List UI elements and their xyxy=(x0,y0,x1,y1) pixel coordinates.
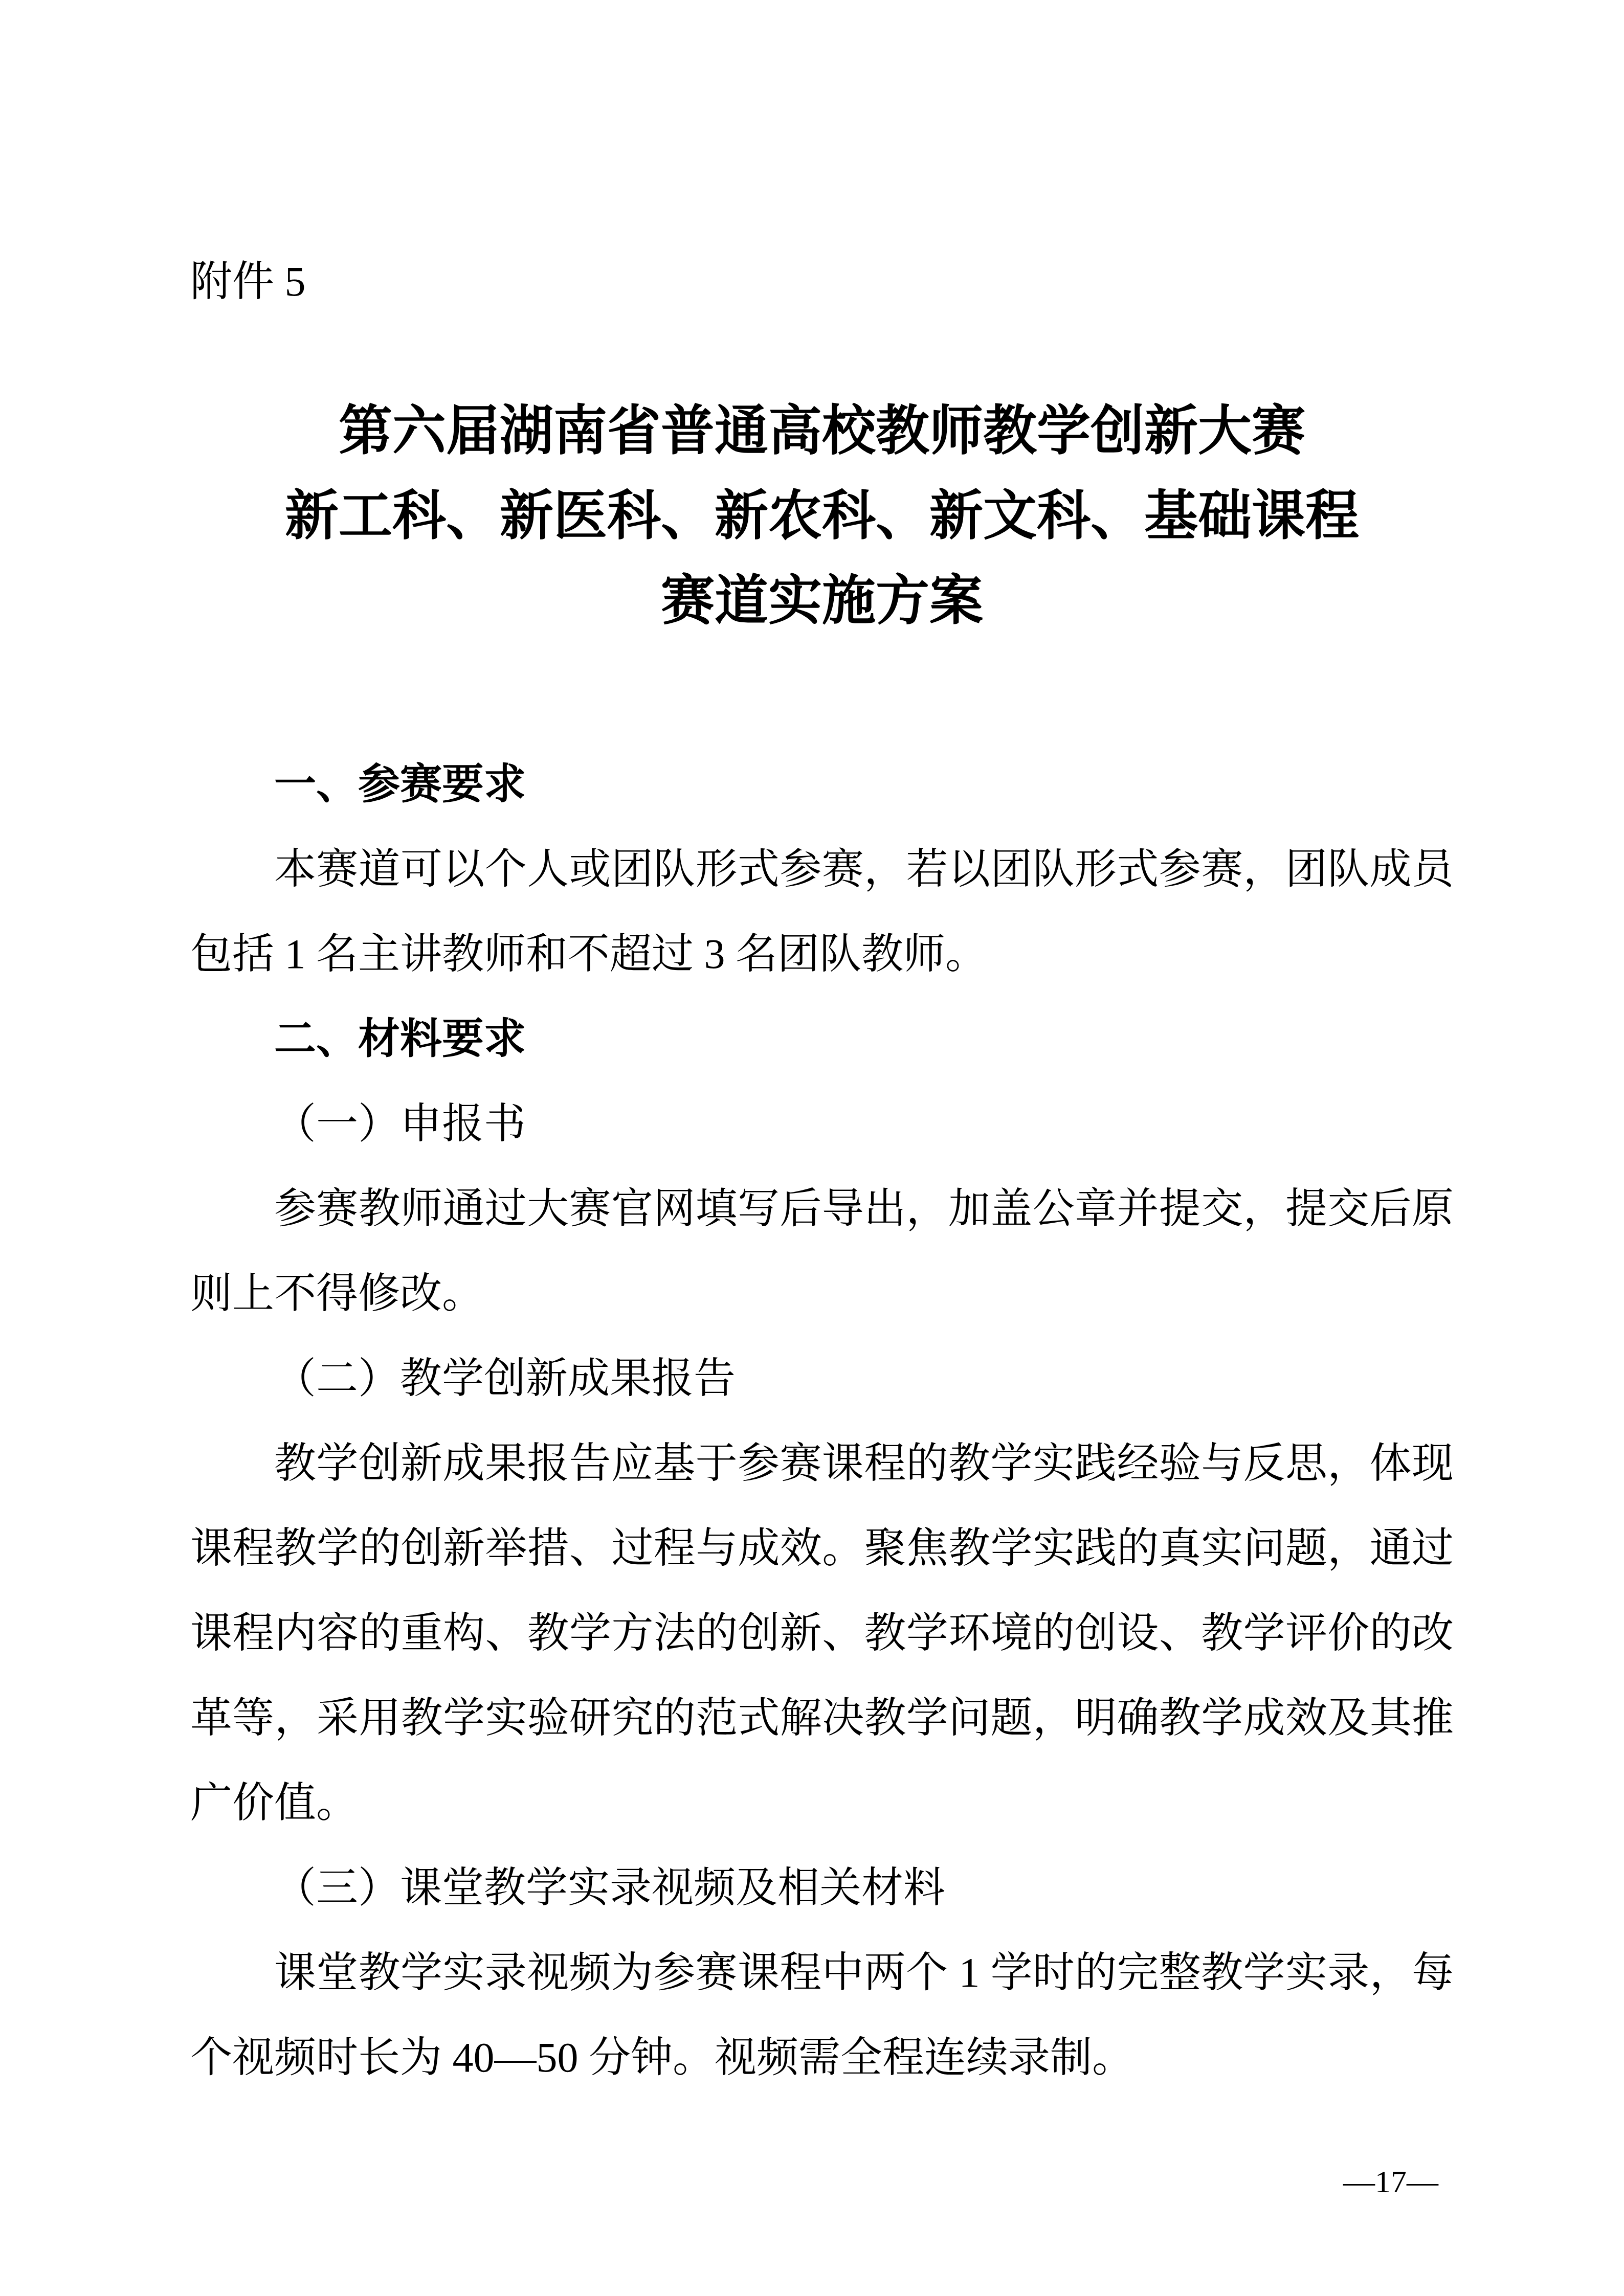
page-number: —17— xyxy=(190,2162,1454,2202)
document-title: 第六届湖南省普通高校教师教学创新大赛 新工科、新医科、新农科、新文科、基础课程 … xyxy=(190,389,1454,643)
title-line-1: 第六届湖南省普通高校教师教学创新大赛 xyxy=(190,389,1454,474)
subsection-2-1-heading: （一）申报书 xyxy=(190,1082,1454,1166)
section-2-heading: 二、材料要求 xyxy=(190,997,1454,1082)
subsection-2-3-heading: （三）课堂教学实录视频及相关材料 xyxy=(190,1845,1454,1930)
section-1-heading: 一、参赛要求 xyxy=(190,742,1454,827)
title-line-3: 赛道实施方案 xyxy=(190,558,1454,643)
section-1-paragraph-1: 本赛道可以个人或团队形式参赛，若以团队形式参赛，团队成员包括 1 名主讲教师和不… xyxy=(190,827,1454,997)
document-page: 附件 5 第六届湖南省普通高校教师教学创新大赛 新工科、新医科、新农科、新文科、… xyxy=(0,0,1624,2296)
subsection-2-2-heading: （二）教学创新成果报告 xyxy=(190,1336,1454,1421)
attachment-label: 附件 5 xyxy=(190,239,1454,324)
title-line-2: 新工科、新医科、新农科、新文科、基础课程 xyxy=(190,474,1454,558)
subsection-2-2-paragraph: 教学创新成果报告应基于参赛课程的教学实践经验与反思，体现课程教学的创新举措、过程… xyxy=(190,1421,1454,1845)
subsection-2-3-paragraph: 课堂教学实录视频为参赛课程中两个 1 学时的完整教学实录，每个视频时长为 40—… xyxy=(190,1930,1454,2100)
subsection-2-1-paragraph: 参赛教师通过大赛官网填写后导出，加盖公章并提交，提交后原则上不得修改。 xyxy=(190,1166,1454,1336)
